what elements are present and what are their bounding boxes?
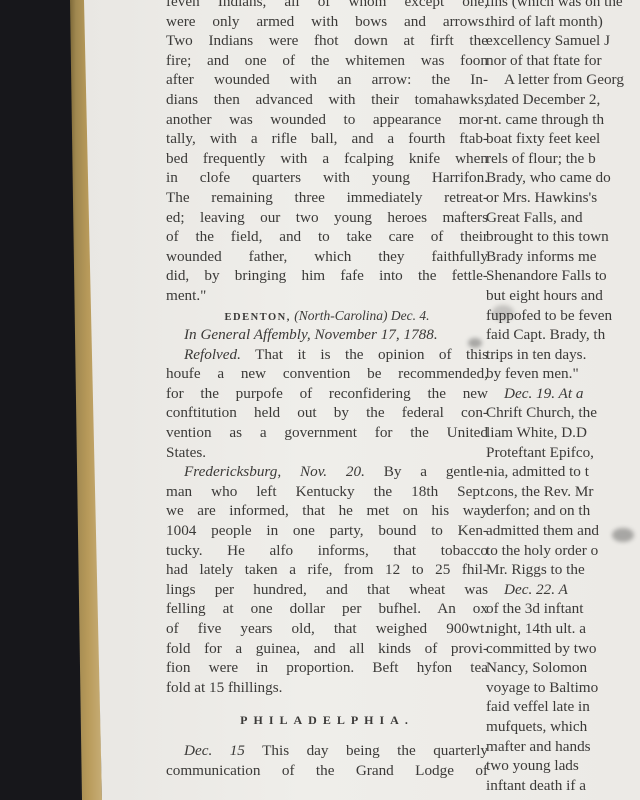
- dateline-state: (North-Carolina): [294, 308, 387, 323]
- article-fredericksburg: Fredericksburg, Nov. 20. By a gentle- ma…: [166, 462, 488, 697]
- text-line: vention as a government for the United: [166, 423, 488, 443]
- text-line: conftitution held out by the federal con…: [166, 403, 488, 423]
- text-line: cons, the Rev. Mr: [486, 482, 640, 502]
- text-line: Dec. 22. A: [486, 580, 640, 600]
- text-line: mufquets, which: [486, 717, 640, 737]
- text-line: fire; and one of the whitemen was foon: [166, 51, 488, 71]
- text-line: another was wounded to appearance mor-: [166, 110, 488, 130]
- text-line: faid Capt. Brady, th: [486, 325, 640, 345]
- ink-smudge: [612, 528, 634, 542]
- text-line: Brady, who came do: [486, 168, 640, 188]
- text-line: to the holy order o: [486, 541, 640, 561]
- text-line: Refolved. That it is the opinion of this: [166, 345, 488, 365]
- text-line: nt. came through th: [486, 110, 640, 130]
- text-line: after wounded with an arrow: the In-: [166, 70, 488, 90]
- text-line: two young lads: [486, 756, 640, 776]
- text-line: Brady informs me: [486, 247, 640, 267]
- philadelphia-lead: Dec. 15: [184, 742, 245, 759]
- text-line: night, 14th ult. a: [486, 619, 640, 639]
- dateline-place: EDENTON,: [225, 312, 291, 323]
- text-line: bed frequently with a fcalping knife whe…: [166, 149, 488, 169]
- text-line: brought to this town: [486, 227, 640, 247]
- text-line: faid veffel late in: [486, 697, 640, 717]
- text-line: third of laft month): [486, 12, 640, 32]
- text-line: fold for a guinea, and all kinds of prov…: [166, 639, 488, 659]
- resolved-lead: Refolved.: [184, 346, 241, 363]
- dateline-edenton: EDENTON, (North-Carolina) Dec. 4.: [166, 306, 488, 326]
- text-line: 1004 people in one party, bound to Ken-: [166, 521, 488, 541]
- text-line: we are informed, that he met on his way: [166, 501, 488, 521]
- text-line: did, by bringing him fafe into the fettl…: [166, 266, 488, 286]
- text-line: Nancy, Solomon: [486, 658, 640, 678]
- text-line: fion were in proportion. Beft hyfon tea: [166, 658, 488, 678]
- text-line: voyage to Baltimo: [486, 678, 640, 698]
- text-line: Fredericksburg, Nov. 20. By a gentle-: [166, 462, 488, 482]
- text-line: tally, with a rifle ball, and a fourth f…: [166, 129, 488, 149]
- text-line: dians then advanced with their tomahawks…: [166, 90, 488, 110]
- text-line: Mr. Riggs to the: [486, 560, 640, 580]
- text-line: of the 3d inftant: [486, 599, 640, 619]
- text-line: by feven men.": [486, 364, 640, 384]
- text-line: tucky. He alfo informs, that tobacco: [166, 541, 488, 561]
- text-line: were only armed with bows and arrows.: [166, 12, 488, 32]
- right-column-cropped: tins (which was on the third of laft mon…: [486, 0, 640, 795]
- dateline-date: Dec. 4.: [391, 308, 430, 323]
- text-line: A letter from Georg: [486, 70, 640, 90]
- dark-backdrop: [0, 0, 80, 800]
- text-line: for the purpofe of reconfidering the new: [166, 384, 488, 404]
- text-line: ed; leaving our two young heroes mafters: [166, 208, 488, 228]
- ink-smudge: [468, 338, 482, 348]
- text-line: or Mrs. Hawkins's: [486, 188, 640, 208]
- text-line: derfon; and on th: [486, 501, 640, 521]
- fredericksburg-lead: Fredericksburg, Nov. 20.: [184, 463, 365, 480]
- text-line: Dec. 15 This day being the quarterly: [166, 741, 488, 761]
- article-philadelphia: Dec. 15 This day being the quarterly com…: [166, 741, 488, 780]
- text-line: Dec. 19. At a: [486, 384, 640, 404]
- text-line: Proteftant Epifco,: [486, 443, 640, 463]
- text-line: had lately taken a rife, from 12 to 25 f…: [166, 560, 488, 580]
- text-line: of five years old, that weighed 900wt.: [166, 619, 488, 639]
- text-line: fold at 15 fhillings.: [166, 678, 488, 698]
- text-line: rels of flour; the b: [486, 149, 640, 169]
- article-resolved: Refolved. That it is the opinion of this…: [166, 345, 488, 463]
- assembly-line: In General Affembly, November 17, 1788.: [166, 325, 488, 345]
- text-line: boat fixty feet keel: [486, 129, 640, 149]
- section-heading-philadelphia: PHILADELPHIA.: [166, 711, 488, 731]
- text-line: wounded father, which they faithfully: [166, 247, 488, 267]
- text-line: tins (which was on the: [486, 0, 640, 12]
- text-line: houfe a new convention be recommended,: [166, 364, 488, 384]
- text-line: lings per hundred, and that wheat was: [166, 580, 488, 600]
- text-line: The remaining three immediately retreat-: [166, 188, 488, 208]
- text-line: in clofe quarters with young Harrifon.: [166, 168, 488, 188]
- text-line: Two Indians were fhot down at firft the: [166, 31, 488, 51]
- text-line: ment.": [166, 286, 488, 306]
- text-line: felling at one dollar per bufhel. An ox: [166, 599, 488, 619]
- text-line: Great Falls, and: [486, 208, 640, 228]
- text-line: but eight hours and: [486, 286, 640, 306]
- text-line: feven Indians, all of whom except one,: [166, 0, 488, 12]
- text-line: States.: [166, 443, 488, 463]
- text-line: man who left Kentucky the 18th Sept.: [166, 482, 488, 502]
- text-line: Shenandore Falls to: [486, 266, 640, 286]
- text-line: committed by two: [486, 639, 640, 659]
- left-column: feven Indians, all of whom except one, w…: [166, 0, 488, 780]
- text-line: nor of that ftate for: [486, 51, 640, 71]
- text-line: of the field, and to take care of their: [166, 227, 488, 247]
- text-line: Chrift Church, the: [486, 403, 640, 423]
- text-line: nia, admitted to t: [486, 462, 640, 482]
- article-harrison: feven Indians, all of whom except one, w…: [166, 0, 488, 306]
- text-line: inftant death if a: [486, 776, 640, 796]
- text-line: communication of the Grand Lodge of: [166, 761, 488, 781]
- text-line: excellency Samuel J: [486, 31, 640, 51]
- text-line: dated December 2,: [486, 90, 640, 110]
- ink-smudge: [492, 305, 514, 321]
- text-line: liam White, D.D: [486, 423, 640, 443]
- text-line: trips in ten days.: [486, 345, 640, 365]
- text-line: mafter and hands: [486, 737, 640, 757]
